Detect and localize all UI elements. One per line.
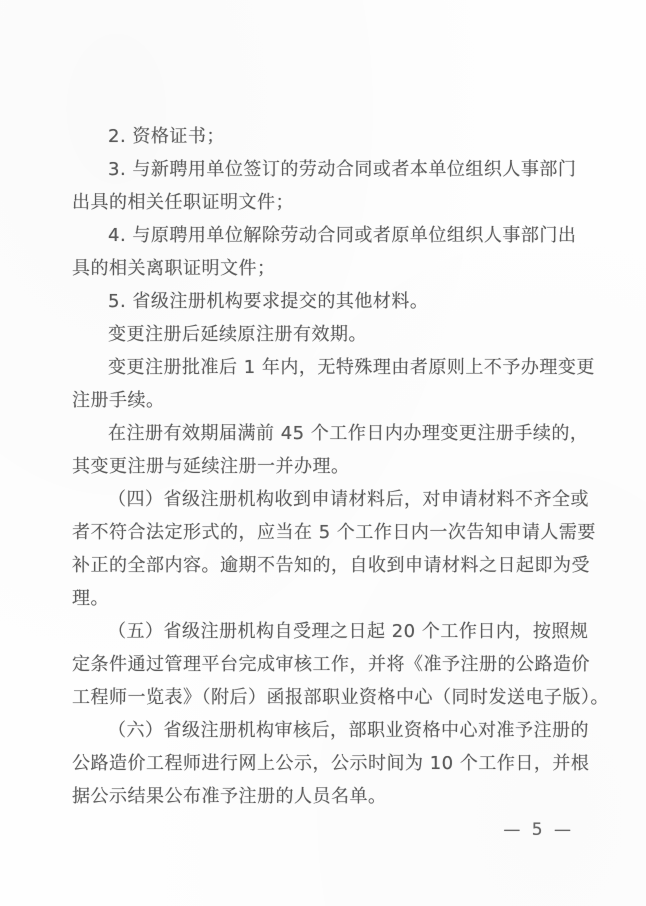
- document-line: （五）省级注册机构自受理之日起 20 个工作日内，按照规: [72, 615, 588, 648]
- document-line: 其变更注册与延续注册一并办理。: [72, 450, 588, 483]
- document-line: 5. 省级注册机构要求提交的其他材料。: [72, 285, 588, 318]
- document-lines: 2. 资格证书；3. 与新聘用单位签订的劳动合同或者本单位组织人事部门出具的相关…: [72, 120, 588, 813]
- document-line: 补正的全部内容。逾期不告知的，自收到申请材料之日起即为受: [72, 549, 588, 582]
- document-line: 据公示结果公布准予注册的人员名单。: [72, 780, 588, 813]
- document-line: 3. 与新聘用单位签订的劳动合同或者本单位组织人事部门: [72, 153, 588, 186]
- scanned-document-page: 2. 资格证书；3. 与新聘用单位签订的劳动合同或者本单位组织人事部门出具的相关…: [0, 0, 646, 906]
- document-line: 者不符合法定形式的，应当在 5 个工作日内一次告知申请人需要: [72, 516, 588, 549]
- document-line: 注册手续。: [72, 384, 588, 417]
- document-line: 出具的相关任职证明文件；: [72, 186, 588, 219]
- document-line: 变更注册批准后 1 年内，无特殊理由者原则上不予办理变更: [72, 351, 588, 384]
- document-line: 在注册有效期届满前 45 个工作日内办理变更注册手续的，: [72, 417, 588, 450]
- document-line: 公路造价工程师进行网上公示，公示时间为 10 个工作日，并根: [72, 747, 588, 780]
- document-line: 定条件通过管理平台完成审核工作，并将《准予注册的公路造价: [72, 648, 588, 681]
- page-number: — 5 —: [503, 820, 574, 840]
- document-line: 理。: [72, 582, 588, 615]
- document-line: 4. 与原聘用单位解除劳动合同或者原单位组织人事部门出: [72, 219, 588, 252]
- document-line: 2. 资格证书；: [72, 120, 588, 153]
- document-line: （六）省级注册机构审核后，部职业资格中心对准予注册的: [72, 714, 588, 747]
- document-line: 具的相关离职证明文件；: [72, 252, 588, 285]
- document-line: （四）省级注册机构收到申请材料后，对申请材料不齐全或: [72, 483, 588, 516]
- document-line: 工程师一览表》（附后）函报部职业资格中心（同时发送电子版）。: [72, 681, 588, 714]
- document-line: 变更注册后延续原注册有效期。: [72, 318, 588, 351]
